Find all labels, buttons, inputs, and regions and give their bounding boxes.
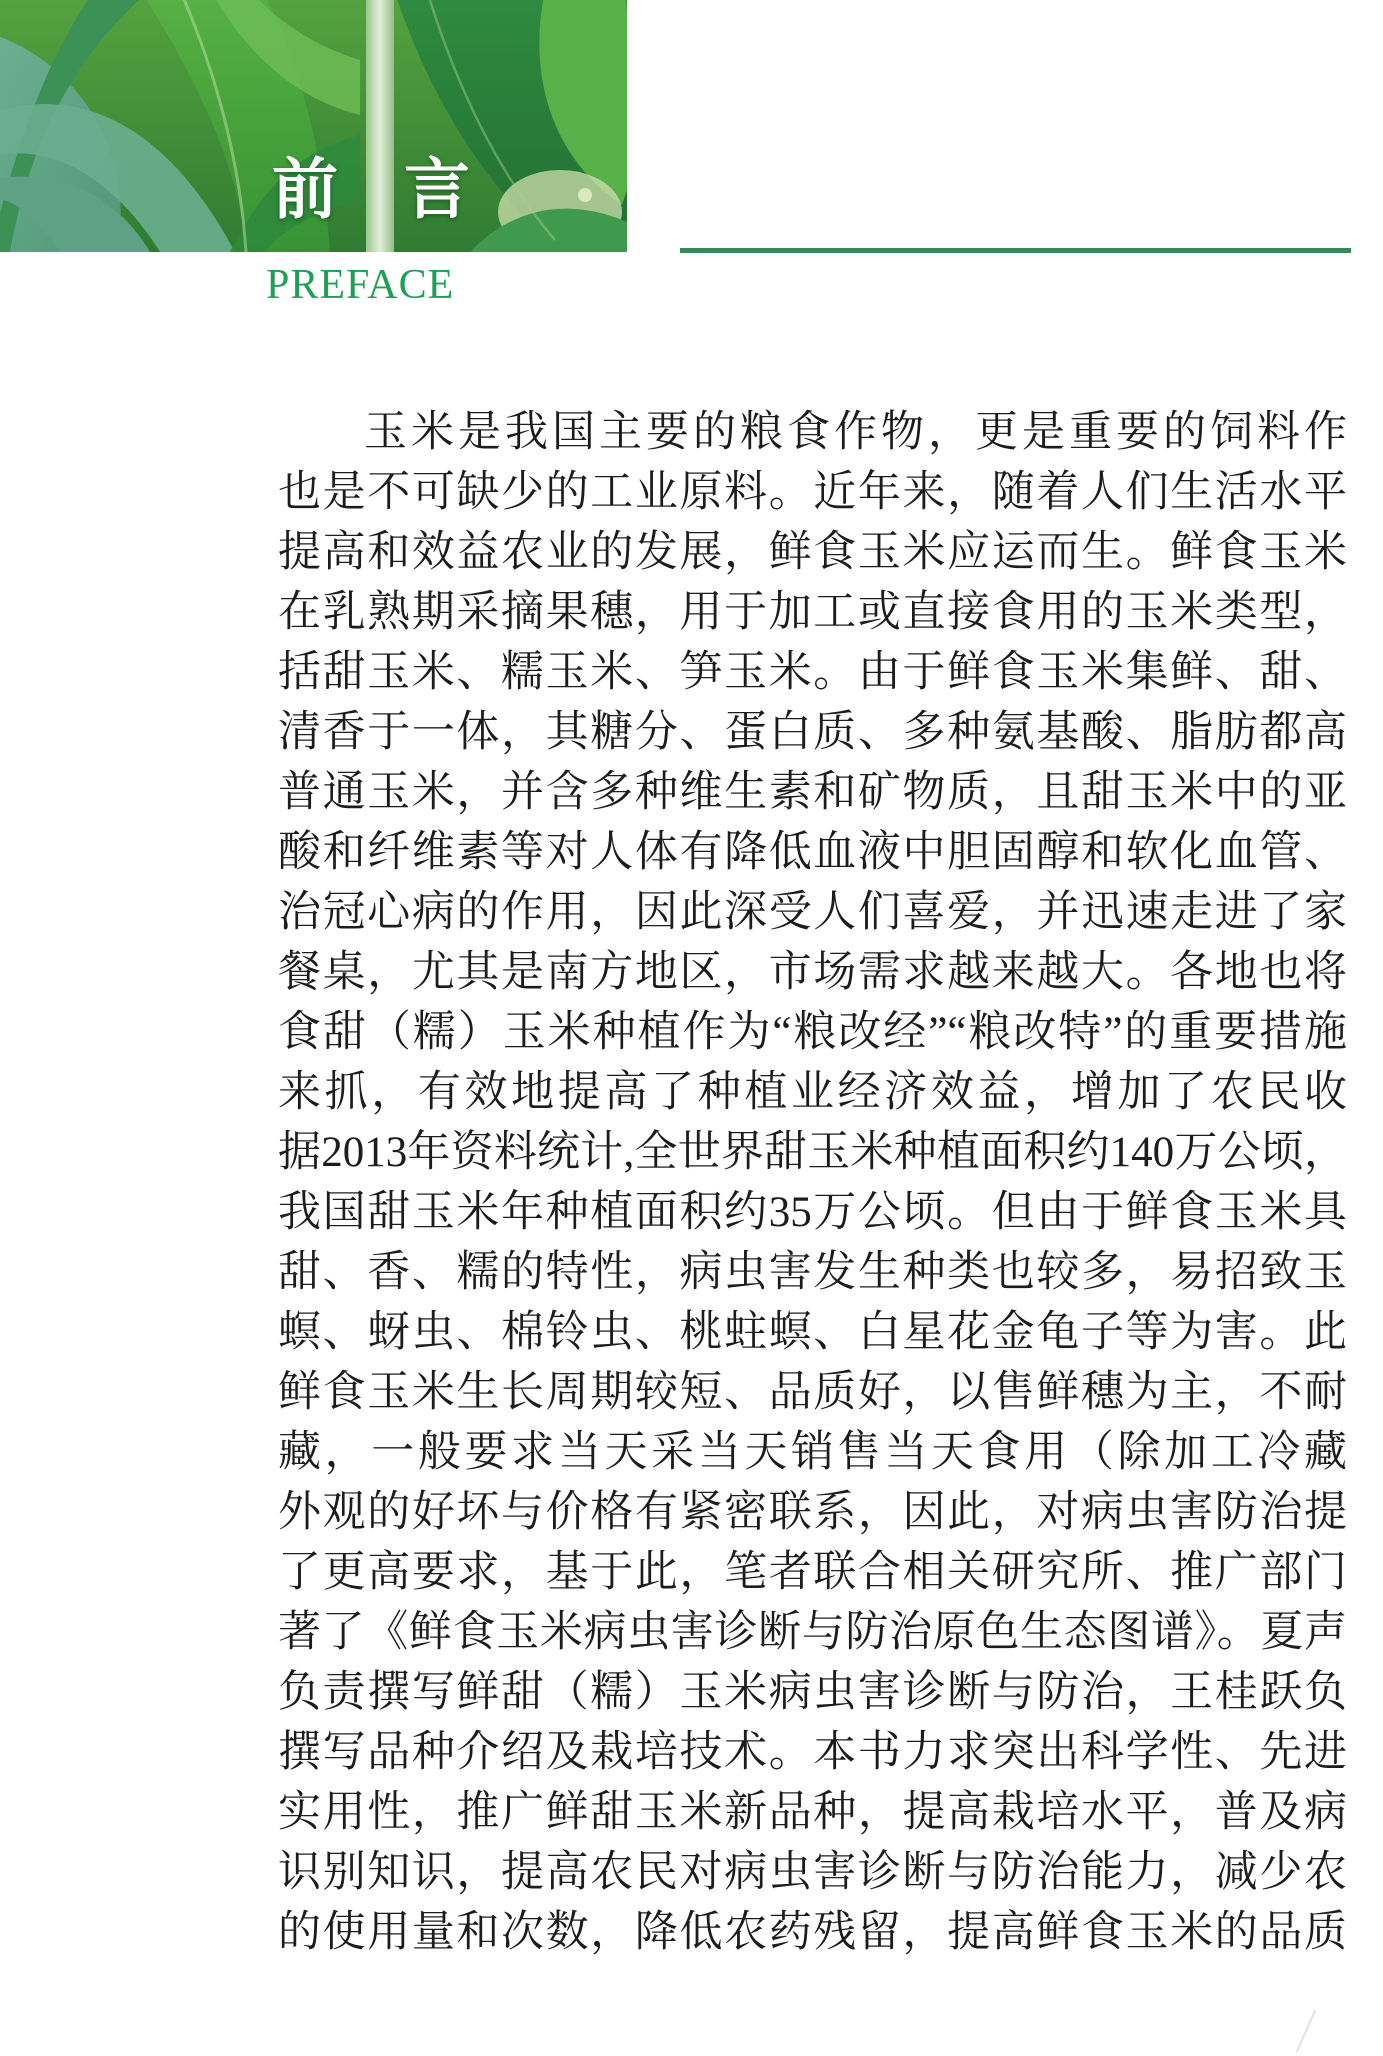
text-line: 来抓，有效地提高了种植业经济效益，增加了农民收入。 [278, 1063, 1347, 1123]
text-line: 治冠心病的作用，因此深受人们喜爱，并迅速走进了家庭 [278, 883, 1347, 943]
text-line: 撰写品种介绍及栽培技术。本书力求突出科学性、先进性、 [278, 1723, 1347, 1783]
text-line: 在乳熟期采摘果穗，用于加工或直接食用的玉米类型，包 [278, 583, 1347, 643]
page-title-english: PREFACE [266, 262, 454, 308]
text-line: 据2013年资料统计,全世界甜玉米种植面积约140万公顷， [278, 1123, 1347, 1183]
page-title-chinese: 前 言 [272, 158, 470, 224]
text-line: 甜、香、糯的特性，病虫害发生种类也较多，易招致玉米 [278, 1243, 1347, 1303]
text-line: 螟、蚜虫、棉铃虫、桃蛀螟、白星花金龟子等为害。此外， [278, 1303, 1347, 1363]
text-line: 著了《鲜食玉米病虫害诊断与防治原色生态图谱》。夏声广 [278, 1603, 1347, 1663]
text-line: 藏，一般要求当天采当天销售当天食用（除加工冷藏外）， [278, 1423, 1347, 1483]
text-line: 识别知识，提高农民对病虫害诊断与防治能力，减少农药 [278, 1843, 1347, 1903]
header-divider-rule [680, 248, 1351, 253]
text-line: 普通玉米，并含多种维生素和矿物质，且甜玉米中的亚油 [278, 763, 1347, 823]
text-line: 外观的好坏与价格有紧密联系，因此，对病虫害防治提出 [278, 1483, 1347, 1543]
scan-artifact [1296, 2010, 1317, 2053]
text-line: 食甜（糯）玉米种植作为“粮改经”“粮改特”的重要措施 [278, 1003, 1347, 1063]
text-line: 提高和效益农业的发展，鲜食玉米应运而生。鲜食玉米是 [278, 523, 1347, 583]
text-line: 餐桌，尤其是南方地区，市场需求越来越大。各地也将鲜 [278, 943, 1347, 1003]
text-line: 实用性，推广鲜甜玉米新品种，提高栽培水平，普及病虫 [278, 1783, 1347, 1843]
text-line: 酸和纤维素等对人体有降低血液中胆固醇和软化血管、防 [278, 823, 1347, 883]
text-line: 玉米是我国主要的粮食作物，更是重要的饲料作物， [278, 403, 1347, 463]
text-line: 括甜玉米、糯玉米、笋玉米。由于鲜食玉米集鲜、甜、嫩、 [278, 643, 1347, 703]
text-line: 清香于一体，其糖分、蛋白质、多种氨基酸、脂肪都高于 [278, 703, 1347, 763]
text-line: 鲜食玉米生长周期较短、品质好，以售鲜穗为主，不耐贮 [278, 1363, 1347, 1423]
text-line: 负责撰写鲜甜（糯）玉米病虫害诊断与防治，王桂跃负责 [278, 1663, 1347, 1723]
text-line: 的使用量和次数，降低农药残留，提高鲜食玉米的品质和 [278, 1903, 1347, 1963]
text-line: 也是不可缺少的工业原料。近年来，随着人们生活水平的 [278, 463, 1347, 523]
preface-paragraph: 玉米是我国主要的粮食作物，更是重要的饲料作物， 也是不可缺少的工业原料。近年来，… [278, 403, 1347, 1963]
preface-page: 前 言 PREFACE 玉米是我国主要的粮食作物，更是重要的饲料作物， 也是不可… [0, 0, 1383, 2056]
text-line: 我国甜玉米年种植面积约35万公顷。但由于鲜食玉米具有 [278, 1183, 1347, 1243]
text-line: 了更高要求，基于此，笔者联合相关研究所、推广部门编 [278, 1543, 1347, 1603]
